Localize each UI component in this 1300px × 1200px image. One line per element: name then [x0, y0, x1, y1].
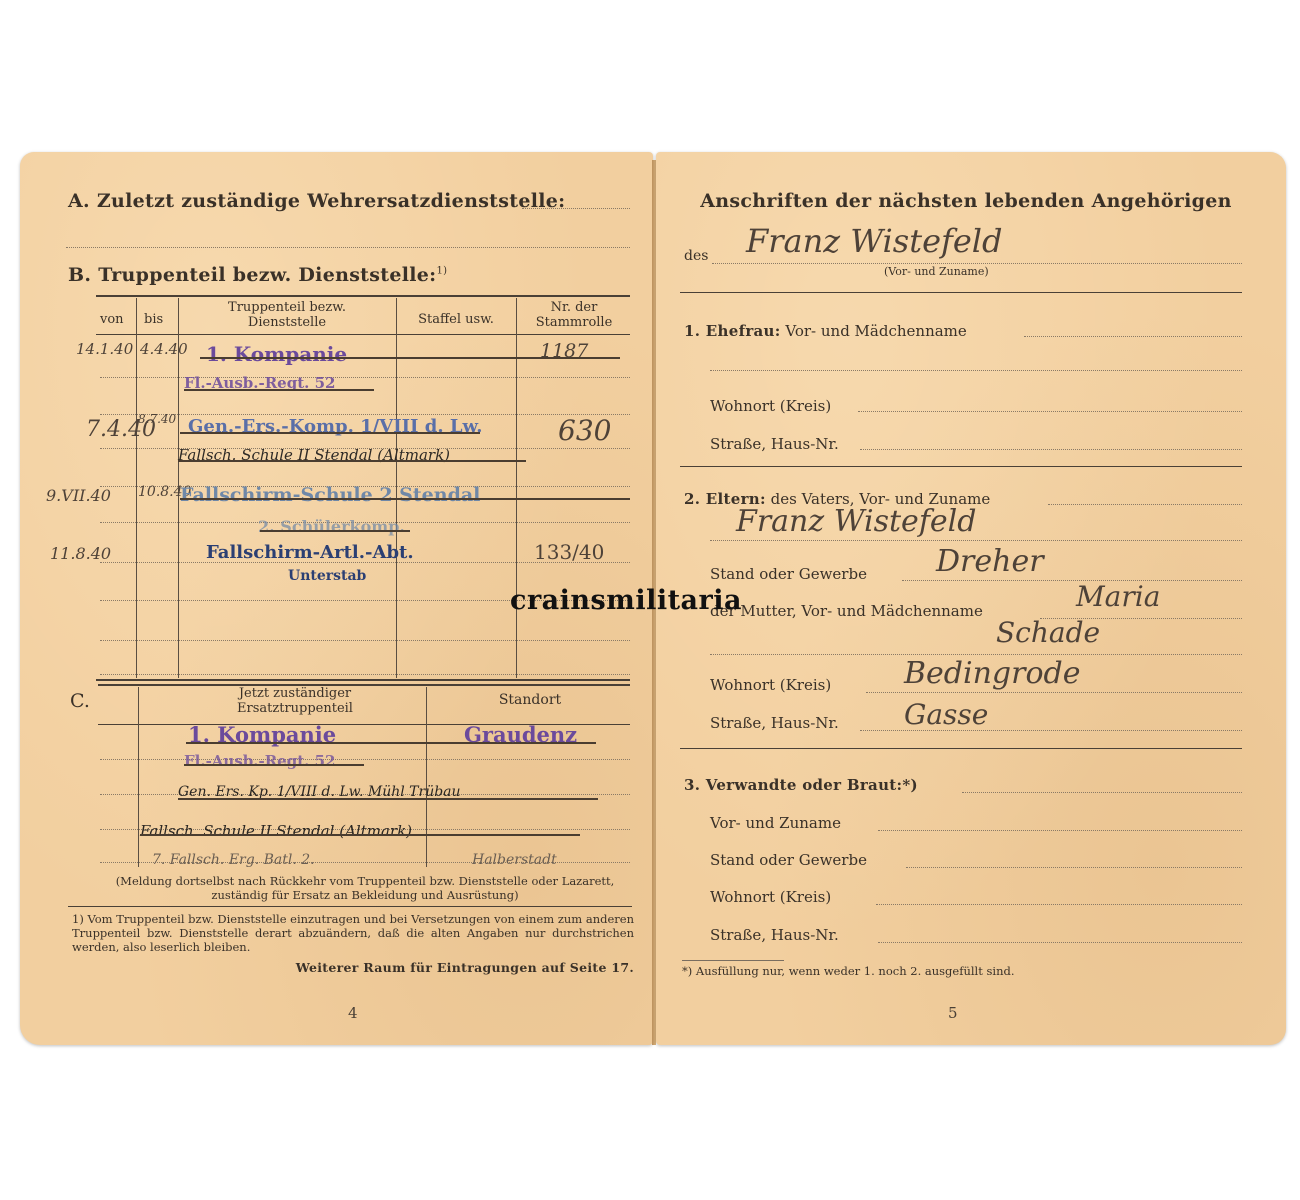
right-page: Anschriften der nächsten lebenden Angehö… [656, 152, 1286, 1045]
row-bis: 8.7.40 [138, 412, 174, 426]
col-header-truppenteil: Truppenteil bezw. Dienststelle [192, 300, 382, 330]
col-header-bis: bis [144, 312, 163, 327]
des-dotline [712, 263, 1242, 264]
table-bottom-rule [96, 679, 630, 681]
dotline [902, 580, 1242, 581]
dotline [878, 830, 1242, 831]
dotline [876, 904, 1242, 905]
table-top-rule [96, 295, 630, 297]
footnote-1: 1) Vom Truppenteil bzw. Dienststelle ein… [72, 912, 634, 954]
row-unit-stamp-line2: 2. Schülerkomp. [258, 517, 405, 536]
row-unit-stamp: Fallschirm-Artl.-Abt. [206, 542, 414, 563]
dotline [906, 867, 1242, 868]
section1-label: 1. Ehefrau: [684, 322, 781, 340]
section-a-dotline-2 [66, 247, 630, 248]
mother-value-2: Schade [996, 616, 1100, 649]
c-standort-current: Halberstadt [472, 852, 557, 868]
col-header-von: von [100, 312, 124, 327]
mother-value: Maria [1076, 580, 1160, 613]
strikethrough [260, 530, 410, 532]
row-bis: 10.8.40 [138, 482, 174, 502]
section-a-dotline [522, 208, 630, 209]
section-a-label: A. Zuletzt zuständige Wehrersatzdienstst… [68, 190, 565, 212]
col-divider [138, 687, 139, 867]
col-header-stammrolle: Nr. der Stammrolle [518, 300, 630, 330]
page-number-left: 4 [348, 1004, 358, 1022]
row-dotline [100, 640, 630, 641]
dotline [860, 449, 1242, 450]
section3-label: 3. Verwandte oder Braut:*) [684, 776, 918, 794]
c-standort-stamp: Graudenz [464, 722, 577, 747]
stand-value: Dreher [936, 544, 1044, 579]
des-caption: (Vor- und Zuname) [884, 265, 989, 278]
stand-label: Stand oder Gewerbe [710, 565, 867, 583]
dotline [1048, 504, 1242, 505]
strikethrough [178, 798, 598, 800]
section3-wohnort-label: Wohnort (Kreis) [710, 888, 831, 906]
section-c-label: C. [70, 690, 90, 712]
section1-strasse-label: Straße, Haus-Nr. [710, 435, 839, 453]
section2-strasse-label: Straße, Haus-Nr. [710, 714, 839, 732]
row-von: 11.8.40 [50, 544, 111, 563]
row-stammrolle-nr: 630 [558, 414, 611, 447]
rule [680, 748, 1242, 749]
section3-name-label: Vor- und Zuname [710, 814, 841, 832]
row-unit-stamp: Fallschirm-Schule 2 Stendal [180, 484, 480, 506]
row-bis: 4.4.40 [140, 340, 176, 358]
col-divider [426, 687, 427, 867]
row-dotline [100, 674, 630, 675]
col-header-ersatztruppenteil: Jetzt zuständiger Ersatztruppenteil [180, 686, 410, 716]
row-unit-stamp: 1. Kompanie [206, 342, 347, 366]
strikethrough [178, 460, 526, 462]
rule [680, 466, 1242, 467]
section2-wohnort-value: Bedingrode [904, 656, 1080, 691]
section-b-label: B. Truppenteil bezw. Dienststelle:1) [68, 264, 447, 286]
c-entry-current: 7. Fallsch. Erg. Batl. 2. [152, 852, 315, 868]
row-von: 9.VII.40 [46, 486, 111, 505]
dotline [710, 654, 1242, 655]
col-divider [516, 298, 517, 678]
section-c-note: (Meldung dortselbst nach Rückkehr vom Tr… [90, 874, 640, 902]
section1-name-label: Vor- und Mädchenname [785, 322, 966, 340]
dotline [858, 411, 1242, 412]
col-divider [136, 298, 137, 678]
strikethrough [200, 357, 620, 359]
footnote-star: *) Ausfüllung nur, wenn weder 1. noch 2.… [682, 964, 1015, 978]
strikethrough [180, 432, 480, 434]
row-von: 14.1.40 [76, 340, 132, 358]
page-title: Anschriften der nächsten lebenden Angehö… [696, 190, 1236, 212]
strikethrough [140, 834, 580, 836]
dotline [866, 692, 1242, 693]
table-header-rule [96, 334, 630, 335]
row-dotline [100, 414, 630, 415]
c-entry-handwritten: Fallsch. Schule II Stendal (Altmark) [140, 822, 412, 840]
dotline [1024, 336, 1242, 337]
col-header-standort: Standort [430, 692, 630, 708]
father-name-value: Franz Wistefeld [736, 504, 976, 539]
des-value: Franz Wistefeld [746, 222, 1003, 260]
rule [680, 292, 1242, 293]
mother-label: der Mutter, Vor- und Mädchenname [710, 602, 983, 620]
row-dotline [100, 377, 630, 378]
strikethrough [184, 389, 374, 391]
strikethrough [180, 498, 630, 500]
row-stammrolle-nr: 133/40 [534, 540, 604, 564]
section1-wohnort-label: Wohnort (Kreis) [710, 397, 831, 415]
section2-strasse-value: Gasse [904, 698, 988, 731]
section3-strasse-label: Straße, Haus-Nr. [710, 926, 839, 944]
row-dotline [100, 759, 630, 760]
dotline [878, 942, 1242, 943]
c-entry-stamp: Fl.-Ausb.-Regt. 52 [184, 752, 335, 770]
des-label: des [684, 248, 708, 264]
footnote-rule [682, 960, 784, 961]
dotline [962, 792, 1242, 793]
watermark: crainsmilitaria [510, 585, 742, 616]
dotline [710, 370, 1242, 371]
section2-wohnort-label: Wohnort (Kreis) [710, 676, 831, 694]
section1-heading: 1. Ehefrau: Vor- und Mädchenname [684, 322, 967, 340]
section3-stand-label: Stand oder Gewerbe [710, 851, 867, 869]
footnote-marker: 1) [436, 266, 447, 277]
col-header-staffel: Staffel usw. [398, 312, 514, 327]
strikethrough [184, 764, 364, 766]
section-b-title: B. Truppenteil bezw. Dienststelle: [68, 264, 436, 286]
dotline [710, 540, 1242, 541]
continuation-note: Weiterer Raum für Eintragungen auf Seite… [250, 960, 634, 975]
row-unit-stamp-line2: Unterstab [288, 568, 366, 584]
footnote-rule [68, 906, 632, 907]
page-number-right: 5 [948, 1004, 958, 1022]
